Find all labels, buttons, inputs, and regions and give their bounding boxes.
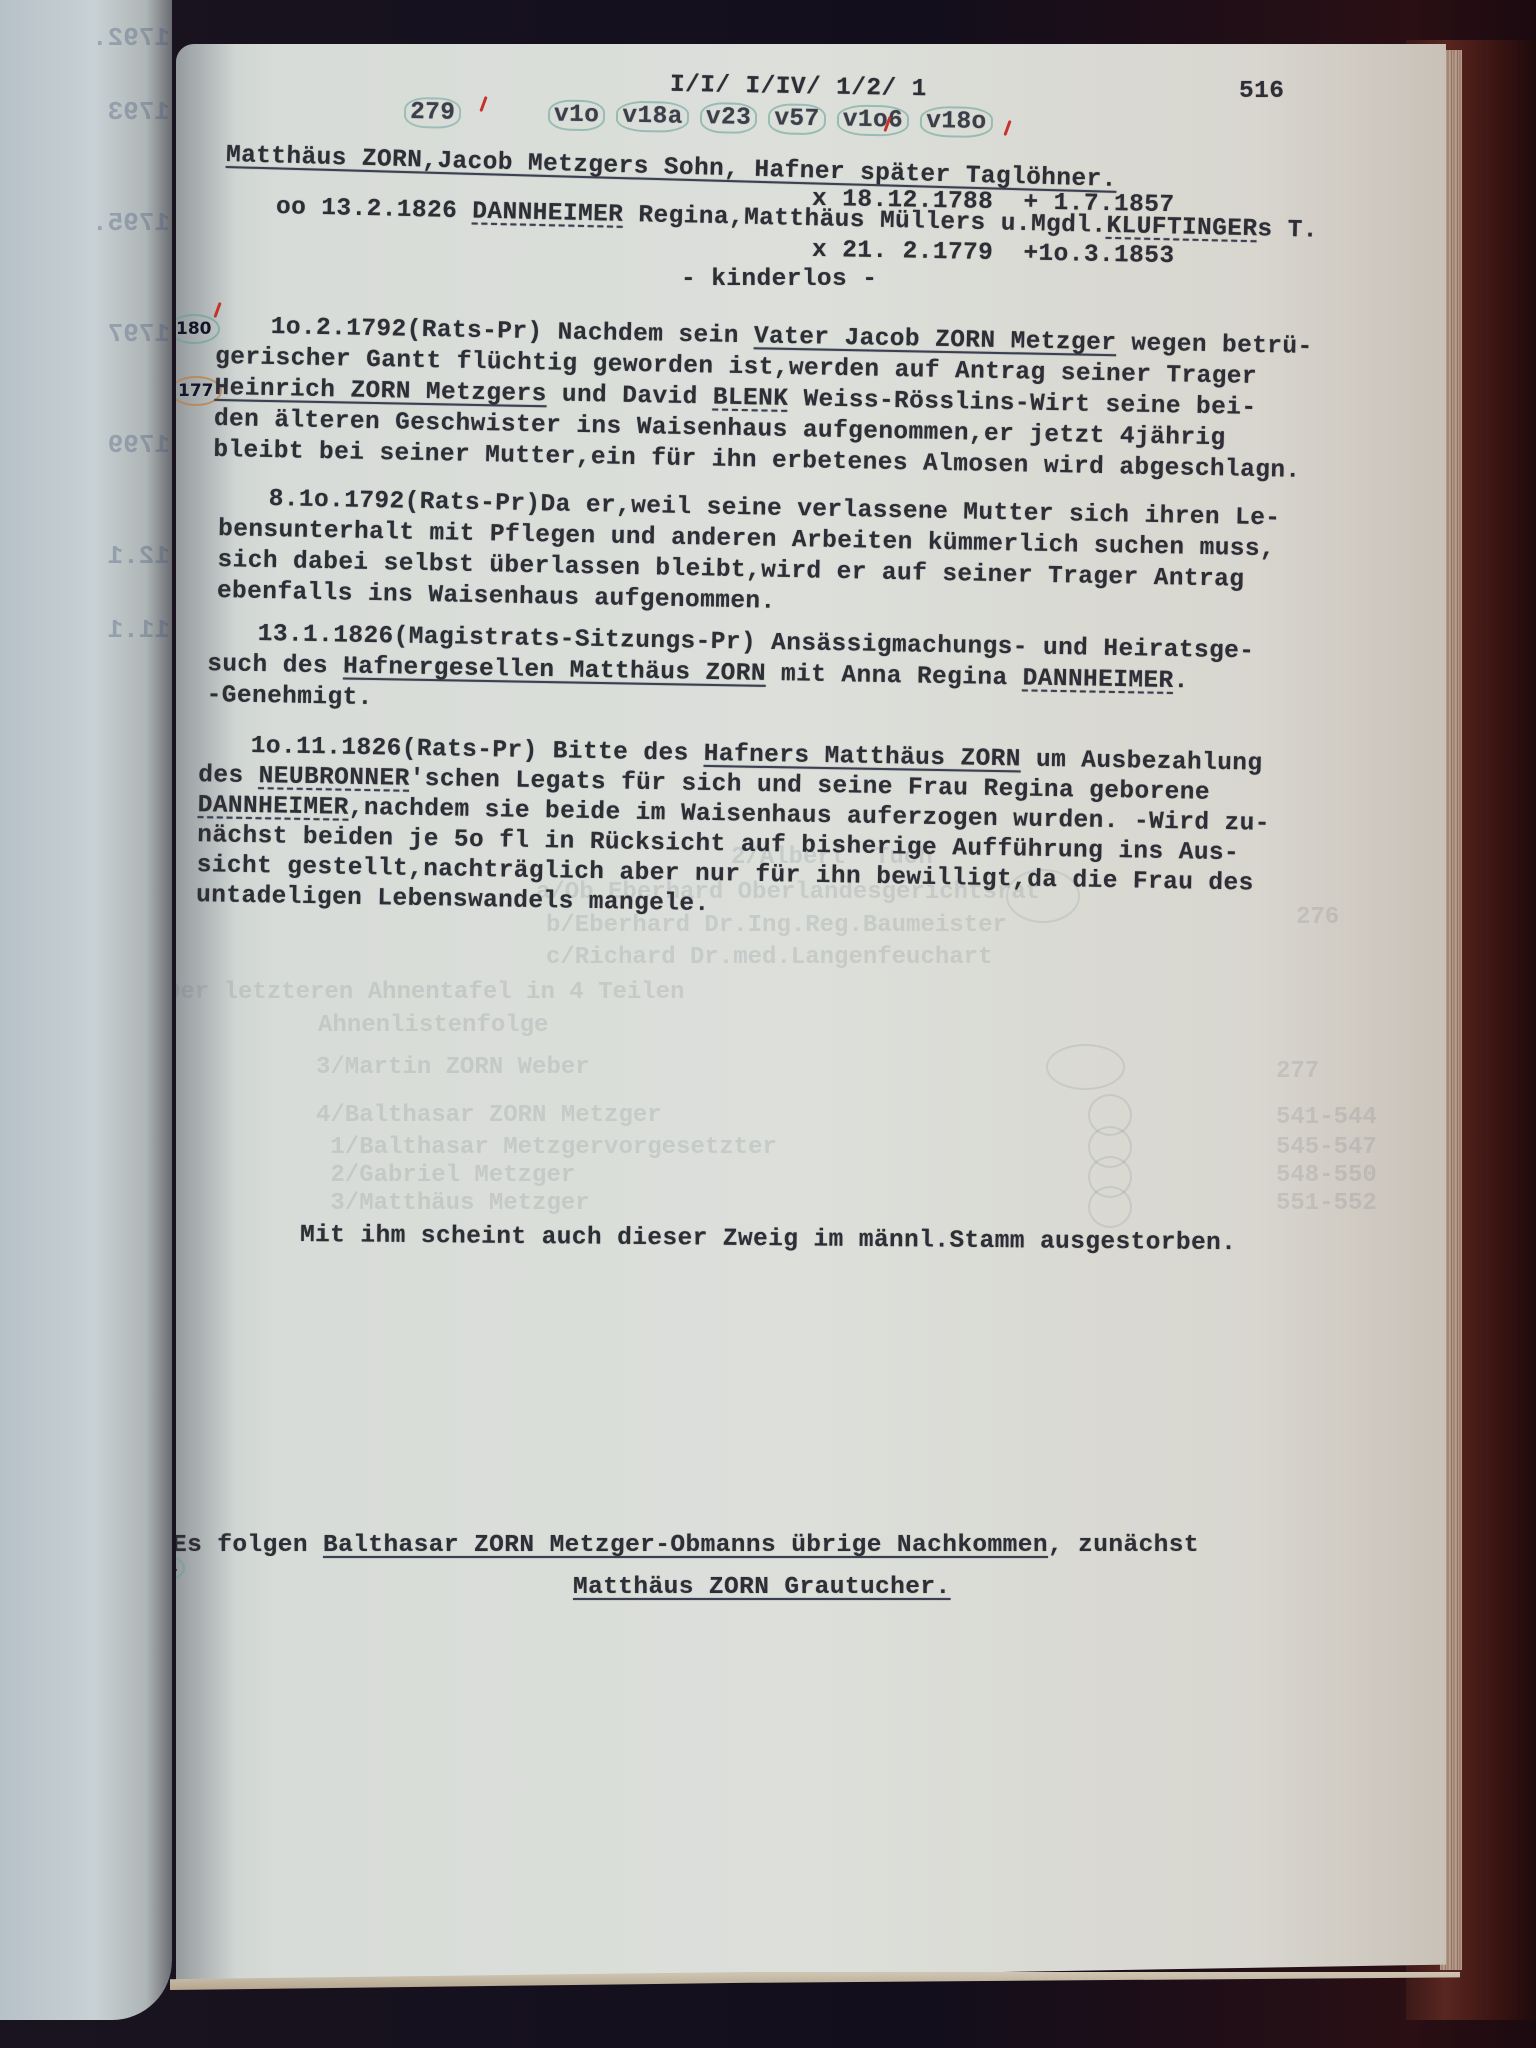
entry-text: Weiss-Rösslins-Wirt seine bei- — [788, 386, 1257, 422]
continuation-text: Es folgen — [176, 1532, 323, 1559]
ghost-page-ref: 545-547 — [1276, 1134, 1377, 1161]
ghost-line: 3/Martin ZORN Weber — [316, 1054, 590, 1081]
ghost-line: Ahnenlistenfolge — [246, 1012, 548, 1039]
cross-ref: v1o — [548, 99, 606, 131]
cross-ref: v18o — [920, 106, 993, 138]
entry-text: mit Anna Regina — [766, 661, 1023, 692]
cross-ref: v18a — [616, 101, 689, 133]
entry-text: des — [198, 762, 259, 790]
ghost-line: 4/Balthasar ZORN Metzger — [316, 1102, 662, 1129]
marriage-date: oo 13.2.1826 — [276, 194, 458, 225]
entry-1826-nov: 1o.11.1826(Rats-Pr) Bitte des Hafners Ma… — [248, 732, 1271, 930]
person-name: Vater Jacob ZORN Metzger — [754, 323, 1117, 357]
entry-1792-oct: 8.1o.1792(Rats-Pr)Da er,weil seine verla… — [267, 484, 1281, 627]
cross-reference-line: 279 v1o v18a v23 v57 v1o6 v18o — [406, 97, 991, 138]
entry-text: ebenfalls ins Waisenhaus aufgenommen. — [217, 578, 776, 616]
title-text: Matthäus ZORN,Jacob Metzgers Sohn, Hafne… — [226, 142, 1117, 194]
next-person: Matthäus ZORN Grautucher. — [573, 1574, 951, 1601]
entry-text: um Ausbezahlung — [1021, 746, 1263, 777]
person-name: DANNHEIMER — [197, 792, 348, 822]
ghost-line: Der letzteren Ahnentafel in 4 Teilen — [176, 979, 684, 1006]
page-number: 516 — [1239, 78, 1284, 105]
person-name: NEUBRONNER — [258, 763, 409, 793]
cross-ref: v1o6 — [836, 104, 909, 136]
person-name: DANNHEIMER — [1022, 665, 1173, 695]
continuation-line: Es folgen Balthasar ZORN Metzger-Obmanns… — [176, 1532, 1199, 1559]
person-name: Hafners Matthäus ZORN — [704, 741, 1022, 774]
person-name: BLENK — [713, 385, 789, 413]
ghost-line: 1/Balthasar Metzgervorgesetzter — [316, 1134, 777, 1161]
entry-1826-jan: 13.1.1826(Magistrats-Sitzungs-Pr) Ansäss… — [256, 619, 1254, 729]
entry-text: . — [1173, 668, 1189, 695]
entry-text: such des — [207, 651, 343, 680]
entry-text: -Genehmigt. — [206, 682, 373, 712]
childless-note: - kinderlos - — [681, 266, 877, 293]
continuation-text: , zunächst — [1048, 1532, 1199, 1559]
ref-number: 279 — [404, 97, 462, 129]
document-page: 2/Albert Tuch a/Ob.Eberhard Oberlandesge… — [176, 44, 1446, 1984]
person-name: Hafnergesellen Matthäus ZORN — [343, 653, 766, 687]
ghost-line: 2/Gabriel Metzger — [316, 1162, 575, 1189]
cross-ref: v57 — [768, 103, 826, 135]
ghost-page-ref: 277 — [1276, 1058, 1319, 1085]
ghost-circle — [1046, 1044, 1125, 1090]
ghost-line: 3/Matthäus Metzger — [316, 1190, 590, 1217]
ghost-line: c/Richard Dr.med.Langenfeuchart — [546, 944, 992, 971]
entry-text: 1o.11.1826(Rats-Pr) Bitte des — [251, 733, 704, 768]
person-name: Matthäus ZORN Grautucher. — [573, 1574, 951, 1601]
ghost-page-ref: 551-552 — [1276, 1190, 1377, 1217]
red-check-mark — [1003, 120, 1011, 136]
cross-ref: v23 — [700, 102, 758, 134]
entry-text: untadeligen Lebenswandels mangele. — [196, 882, 710, 918]
ghost-circle — [1088, 1186, 1132, 1228]
spouse-mother: KLUFTINGER — [1106, 213, 1258, 243]
entry-title: Matthäus ZORN,Jacob Metzgers Sohn, Hafne… — [226, 142, 1117, 194]
left-facing-page: 1792. 1793 1795. 1797 1799 12.1 11.1 — [0, 0, 172, 2020]
entry-text: 1o.2.1792(Rats-Pr) Nachdem sein — [270, 314, 754, 350]
entry-text: wegen betrü- — [1116, 330, 1313, 361]
left-page-text: 1792. 1793 1795. 1797 1799 12.1 11.1 — [0, 20, 170, 649]
spouse-surname: DANNHEIMER — [472, 198, 624, 228]
header-code: I/I/ I/IV/ 1/2/ 1 — [670, 72, 927, 103]
person-name: Balthasar ZORN Metzger-Obmanns übrige Na… — [323, 1532, 1048, 1559]
ghost-page-ref: 541-544 — [1276, 1104, 1377, 1131]
ghost-page-ref: 276 — [1296, 904, 1339, 931]
spouse-desc-end: s T. — [1257, 216, 1318, 244]
conclusion-line: Mit ihm scheint auch dieser Zweig im män… — [300, 1222, 1237, 1257]
person-name: Heinrich ZORN Metzgers — [214, 375, 547, 408]
ghost-page-ref: 548-550 — [1276, 1162, 1377, 1189]
entry-1792-feb: 1o.2.1792(Rats-Pr) Nachdem sein Vater Ja… — [268, 312, 1313, 487]
entry-text: und David — [546, 381, 713, 411]
